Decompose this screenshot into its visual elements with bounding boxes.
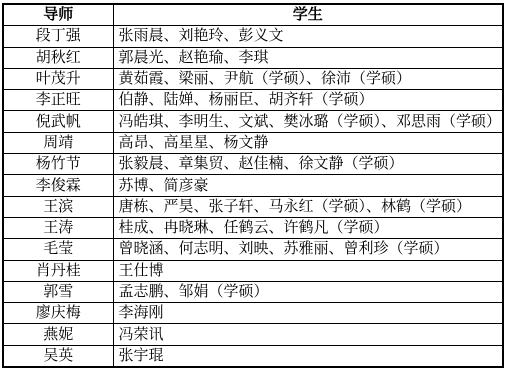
advisor-cell: 郭雪 bbox=[3, 281, 113, 302]
advisor-cell: 廖庆梅 bbox=[3, 303, 113, 324]
students-cell: 曾晓涵、何志明、刘映、苏雅丽、曾利珍（学硕） bbox=[113, 239, 503, 260]
students-cell: 张雨晨、刘艳玲、彭义文 bbox=[113, 26, 503, 47]
students-cell: 李海刚 bbox=[113, 303, 503, 324]
advisor-cell: 胡秋红 bbox=[3, 47, 113, 68]
students-cell: 张毅晨、章集贸、赵佳楠、徐文静（学硕） bbox=[113, 154, 503, 175]
students-cell: 苏博、简彦豪 bbox=[113, 175, 503, 196]
table-row: 毛莹曾晓涵、何志明、刘映、苏雅丽、曾利珍（学硕） bbox=[3, 239, 503, 260]
students-column-header: 学生 bbox=[113, 4, 503, 26]
header-row: 导师 学生 bbox=[3, 4, 503, 26]
table-row: 叶茂升黄茹霞、梁丽、尹航（学硕）、徐沛（学硕） bbox=[3, 68, 503, 89]
table-row: 廖庆梅李海刚 bbox=[3, 303, 503, 324]
table-row: 胡秋红郭晨光、赵艳瑜、李琪 bbox=[3, 47, 503, 68]
advisor-cell: 叶茂升 bbox=[3, 68, 113, 89]
table-row: 李俊霖苏博、简彦豪 bbox=[3, 175, 503, 196]
table-row: 王滨唐栋、严昊、张子轩、马永红（学硕）、林鹤（学硕） bbox=[3, 196, 503, 217]
table-row: 周靖高昂、高星星、杨文静 bbox=[3, 132, 503, 153]
students-cell: 黄茹霞、梁丽、尹航（学硕）、徐沛（学硕） bbox=[113, 68, 503, 89]
table-row: 肖丹桂王仕博 bbox=[3, 260, 503, 281]
advisor-cell: 肖丹桂 bbox=[3, 260, 113, 281]
advisor-cell: 倪武帆 bbox=[3, 111, 113, 132]
advisor-cell: 李俊霖 bbox=[3, 175, 113, 196]
students-cell: 伯静、陆婵、杨丽臣、胡齐轩（学硕） bbox=[113, 90, 503, 111]
table-row: 李正旺伯静、陆婵、杨丽臣、胡齐轩（学硕） bbox=[3, 90, 503, 111]
table-row: 倪武帆冯皓琪、李明生、文斌、樊冰璐（学硕）、邓思雨（学硕） bbox=[3, 111, 503, 132]
students-cell: 桂成、冉晓琳、任鹤云、许鹤凡（学硕） bbox=[113, 217, 503, 238]
advisor-student-table: 导师 学生 段丁强张雨晨、刘艳玲、彭义文胡秋红郭晨光、赵艳瑜、李琪叶茂升黄茹霞、… bbox=[2, 3, 504, 368]
advisor-column-header: 导师 bbox=[3, 4, 113, 26]
students-cell: 王仕博 bbox=[113, 260, 503, 281]
advisor-cell: 王涛 bbox=[3, 217, 113, 238]
advisor-cell: 吴英 bbox=[3, 345, 113, 367]
students-cell: 冯皓琪、李明生、文斌、樊冰璐（学硕）、邓思雨（学硕） bbox=[113, 111, 503, 132]
students-cell: 高昂、高星星、杨文静 bbox=[113, 132, 503, 153]
students-cell: 唐栋、严昊、张子轩、马永红（学硕）、林鹤（学硕） bbox=[113, 196, 503, 217]
students-cell: 冯荣讯 bbox=[113, 324, 503, 345]
table-row: 王涛桂成、冉晓琳、任鹤云、许鹤凡（学硕） bbox=[3, 217, 503, 238]
advisor-cell: 段丁强 bbox=[3, 26, 113, 47]
students-cell: 张宇琨 bbox=[113, 345, 503, 367]
table-row: 燕妮冯荣讯 bbox=[3, 324, 503, 345]
table-body: 段丁强张雨晨、刘艳玲、彭义文胡秋红郭晨光、赵艳瑜、李琪叶茂升黄茹霞、梁丽、尹航（… bbox=[3, 26, 503, 367]
table-row: 郭雪孟志鹏、邹娟（学硕） bbox=[3, 281, 503, 302]
advisor-cell: 周靖 bbox=[3, 132, 113, 153]
students-cell: 郭晨光、赵艳瑜、李琪 bbox=[113, 47, 503, 68]
advisor-cell: 杨竹节 bbox=[3, 154, 113, 175]
table-row: 段丁强张雨晨、刘艳玲、彭义文 bbox=[3, 26, 503, 47]
students-cell: 孟志鹏、邹娟（学硕） bbox=[113, 281, 503, 302]
advisor-cell: 毛莹 bbox=[3, 239, 113, 260]
table-row: 杨竹节张毅晨、章集贸、赵佳楠、徐文静（学硕） bbox=[3, 154, 503, 175]
advisor-cell: 王滨 bbox=[3, 196, 113, 217]
table-row: 吴英张宇琨 bbox=[3, 345, 503, 367]
advisor-cell: 燕妮 bbox=[3, 324, 113, 345]
advisor-cell: 李正旺 bbox=[3, 90, 113, 111]
